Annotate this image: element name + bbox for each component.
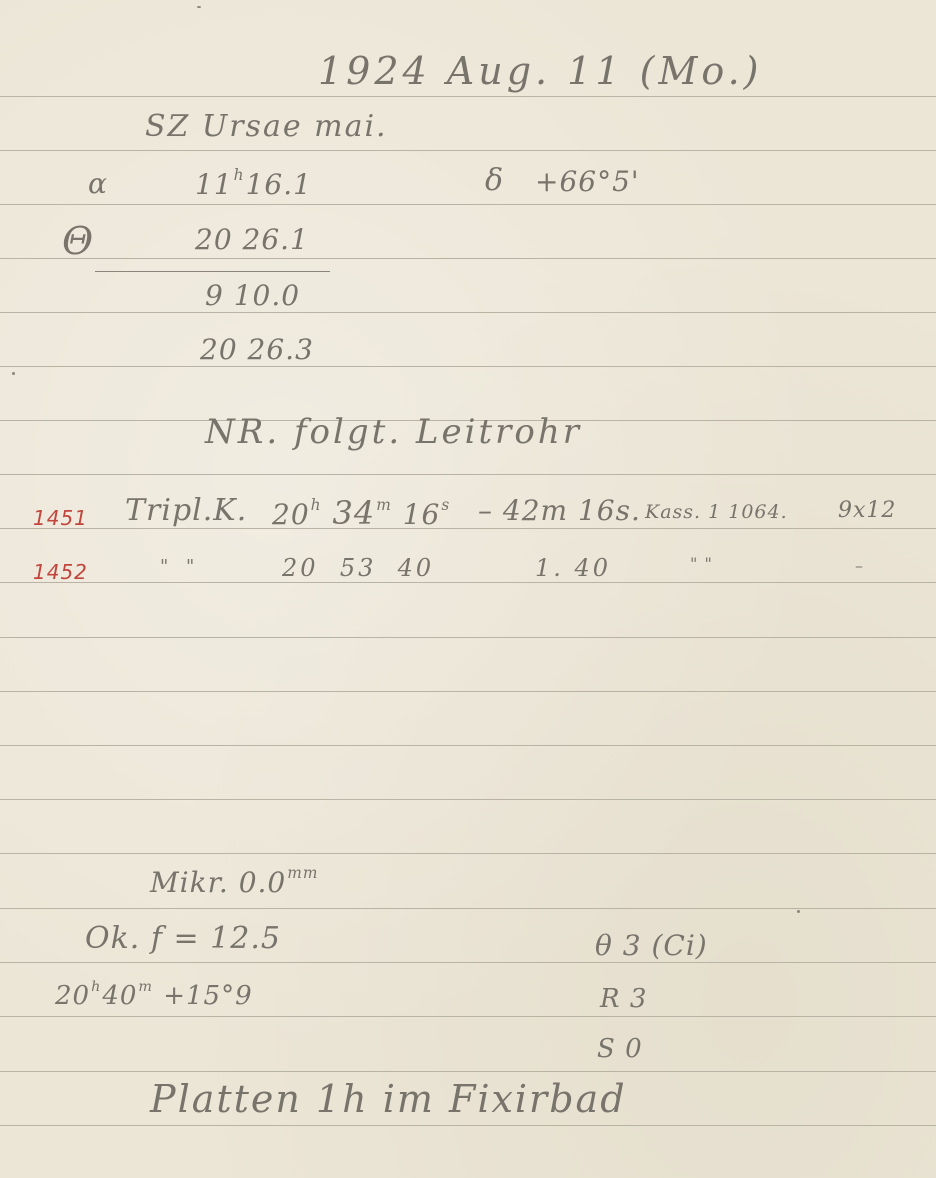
ruled-line — [0, 962, 936, 963]
exposure-plate-size: 9x12 — [838, 500, 896, 522]
paper-speck — [197, 6, 201, 8]
start-hours: 20 — [282, 554, 319, 582]
ruled-line — [0, 366, 936, 367]
header-date: 1924 Aug. 11 (Mo.) — [318, 52, 762, 90]
condition-s: S 0 — [597, 1036, 643, 1062]
sum-underline — [95, 271, 330, 272]
ruled-line — [0, 1125, 936, 1126]
position-hours: 20 — [55, 981, 90, 1011]
row-minutes: 26.1 — [243, 223, 309, 256]
position-declination: +15°9 — [163, 981, 252, 1011]
computation-row-1: 20 26.1 — [195, 226, 309, 254]
exposure-start-time: 20 53 40 — [282, 556, 434, 580]
condition-label: θ — [595, 929, 613, 962]
ruled-line — [0, 312, 936, 313]
ruled-line — [0, 637, 936, 638]
row-hours: 20 — [200, 333, 238, 366]
minute-unit: m — [138, 979, 153, 995]
sky-position: 20h40m +15°9 — [55, 980, 253, 1009]
row-minutes: 10.0 — [234, 279, 300, 312]
theta-symbol: Θ — [62, 222, 94, 260]
delta-symbol: δ — [485, 166, 504, 196]
computation-row-3: 20 26.3 — [200, 336, 314, 364]
condition-value: 3 (Ci) — [623, 929, 708, 962]
condition-value: 3 — [630, 984, 648, 1014]
exposure-cassette-ditto: " " — [690, 556, 713, 572]
hour-unit: h — [91, 979, 101, 995]
hour-unit: h — [311, 496, 322, 514]
minute-unit: m — [376, 496, 392, 514]
exposure-plate-size-ditto: – — [855, 558, 864, 574]
alpha-value: 11h16.1 — [195, 168, 312, 199]
condition-seeing: θ 3 (Ci) — [595, 932, 708, 960]
paper-speck — [12, 372, 15, 375]
alpha-symbol: α — [88, 170, 108, 198]
footer-note: Platten 1h im Fixirbad — [150, 1080, 627, 1118]
ruled-line — [0, 474, 936, 475]
delta-value: +66°5' — [535, 168, 640, 196]
ruled-line — [0, 691, 936, 692]
ruled-line — [0, 150, 936, 151]
alpha-hour-unit: h — [234, 166, 245, 184]
notebook-page: 1924 Aug. 11 (Mo.) SZ Ursae mai. α 11h16… — [0, 0, 936, 1178]
start-minutes: 34 — [332, 494, 375, 532]
ruled-line — [0, 96, 936, 97]
ruled-line — [0, 1071, 936, 1072]
start-hours: 20 — [272, 498, 310, 531]
micrometer-value: Mikr. 0.0 — [150, 866, 286, 899]
position-minutes: 40 — [102, 981, 137, 1011]
row-hours: 20 — [195, 223, 233, 256]
plate-number-1452: 1452 — [33, 562, 88, 582]
alpha-minutes: 16.1 — [246, 168, 312, 201]
computation-row-2: 9 10.0 — [205, 282, 300, 310]
exposure-start-time: 20h 34m 16s — [272, 497, 451, 529]
ruled-line — [0, 258, 936, 259]
start-seconds: 16 — [403, 498, 441, 531]
ruled-line — [0, 204, 936, 205]
condition-value: 0 — [625, 1034, 643, 1064]
alpha-hours: 11 — [195, 168, 233, 201]
ruled-line — [0, 1016, 936, 1017]
row-hours: 9 — [205, 279, 224, 312]
ruled-line — [0, 528, 936, 529]
ruled-line — [0, 799, 936, 800]
second-unit: s — [441, 496, 450, 514]
condition-label: S — [597, 1034, 616, 1064]
row-minutes: 26.3 — [248, 333, 314, 366]
start-seconds: 40 — [398, 554, 435, 582]
ruled-line — [0, 745, 936, 746]
condition-label: R — [600, 984, 621, 1014]
ruled-line — [0, 853, 936, 854]
micrometer-reading: Mikr. 0.0mm — [150, 866, 319, 897]
paper-speck — [797, 910, 800, 913]
plate-number-1451: 1451 — [33, 508, 88, 528]
exposure-cassette: Kass. 1 1064. — [645, 503, 788, 522]
start-minutes: 53 — [340, 554, 377, 582]
ruled-line — [0, 582, 936, 583]
condition-r: R 3 — [600, 986, 647, 1012]
ocular-focal-length: Ok. f = 12.5 — [85, 924, 281, 954]
exposure-end-time: – 42m 16s. — [478, 497, 641, 525]
object-name: SZ Ursae mai. — [145, 112, 388, 142]
exposure-instrument: Tripl.K. — [125, 496, 247, 526]
ruled-line — [0, 908, 936, 909]
exposure-duration: 1. 40 — [535, 556, 611, 580]
guide-note: NR. folgt. Leitrohr — [205, 415, 582, 449]
exposure-instrument-ditto: " " — [160, 558, 200, 576]
micrometer-unit: mm — [287, 864, 318, 882]
